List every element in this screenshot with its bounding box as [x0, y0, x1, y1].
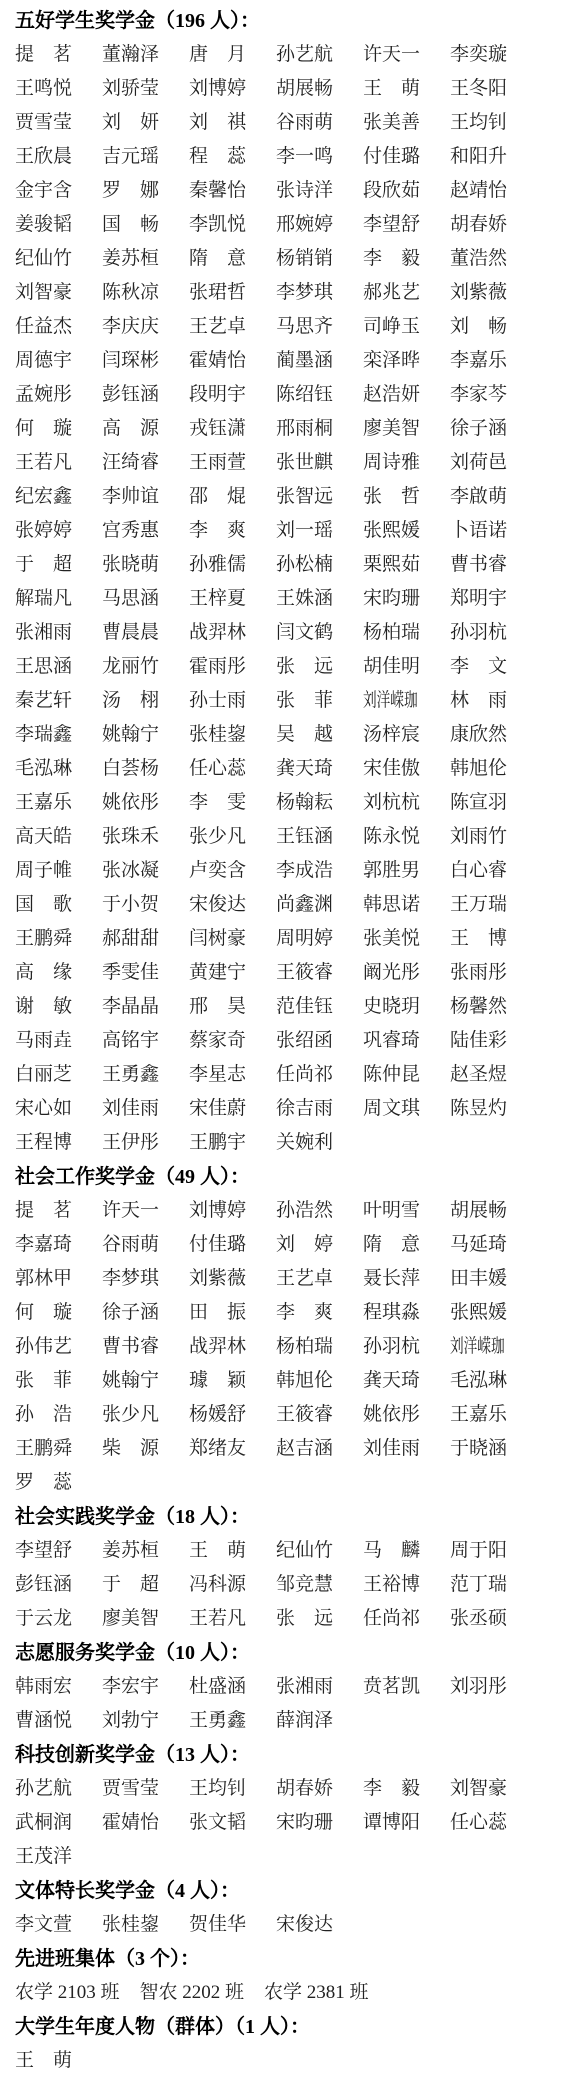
- recipient-name: 国歌: [15, 888, 72, 922]
- recipient-name: 刘妍: [102, 106, 159, 140]
- recipient-name: 张哲: [363, 480, 420, 514]
- recipient-name: 贾雪莹: [102, 1772, 159, 1806]
- section-title: 社会工作奖学金（49 人）：: [15, 1160, 562, 1194]
- recipient-name: 唐月: [189, 38, 246, 72]
- recipient-name: 孙松楠: [276, 548, 333, 582]
- recipient-name: 刘雨竹: [450, 820, 507, 854]
- recipient-name: 张湘雨: [15, 616, 72, 650]
- recipient-name: 王萌: [189, 1534, 246, 1568]
- recipient-name: 李家芩: [450, 378, 507, 412]
- recipient-name: 陈永悦: [363, 820, 420, 854]
- section: 志愿服务奖学金（10 人）：韩雨宏李宏宇杜盛涵张湘雨贲茗凯刘羽彤曹涵悦刘勃宁王勇…: [15, 1636, 562, 1738]
- recipient-name: 廖美智: [363, 412, 420, 446]
- recipient-name: 刘一瑶: [276, 514, 333, 548]
- recipient-name: 张珺哲: [189, 276, 246, 310]
- recipient-name: 曹涵悦: [15, 1704, 72, 1738]
- recipient-name: 刘洋嵘珈: [450, 1330, 491, 1364]
- section: 科技创新奖学金（13 人）：孙艺航贾雪莹王均钊胡春娇李毅刘智豪武桐润霍婧怡张文韬…: [15, 1738, 562, 1874]
- recipient-name: 纪宏鑫: [15, 480, 72, 514]
- recipient-name: 杨销销: [276, 242, 333, 276]
- recipient-name: 贾雪莹: [15, 106, 72, 140]
- recipient-name: 范丁瑞: [450, 1568, 507, 1602]
- recipient-name: 姚翰宁: [102, 1364, 159, 1398]
- recipient-name: 任益杰: [15, 310, 72, 344]
- recipient-name: 柴源: [102, 1432, 159, 1466]
- recipient-name: 付佳璐: [189, 1228, 246, 1262]
- recipient-name: 张丞硕: [450, 1602, 507, 1636]
- recipient-name: 马麟: [363, 1534, 420, 1568]
- recipient-name: 许天一: [102, 1194, 159, 1228]
- recipient-name: 于云龙: [15, 1602, 72, 1636]
- recipient-name: 龚天琦: [276, 752, 333, 786]
- recipient-name: 李雯: [189, 786, 246, 820]
- recipient-name: 王勇鑫: [102, 1058, 159, 1092]
- recipient-name: 胡展畅: [450, 1194, 507, 1228]
- recipient-name: 白心睿: [450, 854, 507, 888]
- recipient-name: 邢婉婷: [276, 208, 333, 242]
- recipient-name: 彭钰涵: [15, 1568, 72, 1602]
- recipient-name: 张湘雨: [276, 1670, 333, 1704]
- recipient-name: 宋俊达: [189, 888, 246, 922]
- recipient-name: 刘智豪: [450, 1772, 507, 1806]
- recipient-name: 任心蕊: [450, 1806, 507, 1840]
- recipient-name: 郑绪友: [189, 1432, 246, 1466]
- recipient-name: 姚翰宁: [102, 718, 159, 752]
- recipient-name: 徐吉雨: [276, 1092, 333, 1126]
- recipient-name: 任尚祁: [363, 1602, 420, 1636]
- recipient-name: 孙艺航: [276, 38, 333, 72]
- recipient-name: 赵浩妍: [363, 378, 420, 412]
- recipient-name: 韩思诺: [363, 888, 420, 922]
- recipient-name: 闫文鹤: [276, 616, 333, 650]
- recipient-name: 田振: [189, 1296, 246, 1330]
- recipient-name: 曹书睿: [450, 548, 507, 582]
- recipient-name: 纪仙竹: [276, 1534, 333, 1568]
- recipient-name: 郑明宇: [450, 582, 507, 616]
- recipient-name: 王万瑞: [450, 888, 507, 922]
- recipient-name: 王均钊: [189, 1772, 246, 1806]
- name-list: 韩雨宏李宏宇杜盛涵张湘雨贲茗凯刘羽彤曹涵悦刘勃宁王勇鑫薛润泽: [15, 1670, 562, 1738]
- recipient-name: 王博: [450, 922, 507, 956]
- recipient-name: 王茂洋: [15, 1840, 72, 1874]
- recipient-name: 张雨彤: [450, 956, 507, 990]
- recipient-name: 张熙媛: [363, 514, 420, 548]
- recipient-name: 郝甜甜: [102, 922, 159, 956]
- recipient-name: 段欣茹: [363, 174, 420, 208]
- recipient-name: 尚鑫渊: [276, 888, 333, 922]
- recipient-name: 刘杭杭: [363, 786, 420, 820]
- recipient-name: 李嘉乐: [450, 344, 507, 378]
- recipient-name: 叶明雪: [363, 1194, 420, 1228]
- recipient-name: 闫树豪: [189, 922, 246, 956]
- recipient-name: 王程博: [15, 1126, 72, 1160]
- recipient-name: 张智远: [276, 480, 333, 514]
- recipient-name: 李爽: [189, 514, 246, 548]
- recipient-name: 周德宇: [15, 344, 72, 378]
- recipient-name: 林雨: [450, 684, 507, 718]
- recipient-name: 李一鸣: [276, 140, 333, 174]
- recipient-name: 李奕璇: [450, 38, 507, 72]
- recipient-name: 李庆庆: [102, 310, 159, 344]
- recipient-name: 国畅: [102, 208, 159, 242]
- recipient-name: 解瑞凡: [15, 582, 72, 616]
- recipient-name: 刘羽彤: [450, 1670, 507, 1704]
- recipient-name: 王冬阳: [450, 72, 507, 106]
- recipient-name: 卜语诺: [450, 514, 507, 548]
- recipient-name: 季雯佳: [102, 956, 159, 990]
- recipient-name: 于超: [15, 548, 72, 582]
- recipient-name: 李毅: [363, 242, 420, 276]
- recipient-name: 李梦琪: [102, 1262, 159, 1296]
- recipient-name: 周诗雅: [363, 446, 420, 480]
- recipient-name: 张文韬: [189, 1806, 246, 1840]
- recipient-name: 王思涵: [15, 650, 72, 684]
- recipient-name: 杜盛涵: [189, 1670, 246, 1704]
- recipient-name: 李宏宇: [102, 1670, 159, 1704]
- recipient-name: 姜骏韬: [15, 208, 72, 242]
- section-title: 先进班集体（3 个）：: [15, 1942, 562, 1976]
- name-list: 孙艺航贾雪莹王均钊胡春娇李毅刘智豪武桐润霍婧怡张文韬宋昀珊谭博阳任心蕊王茂洋: [15, 1772, 562, 1874]
- recipient-name: 卢奕含: [189, 854, 246, 888]
- recipient-name: 张桂鋆: [102, 1908, 159, 1942]
- recipient-name: 杨媛舒: [189, 1398, 246, 1432]
- recipient-name: 李文萱: [15, 1908, 72, 1942]
- recipient-name: 赵靖怡: [450, 174, 507, 208]
- recipient-name: 杨翰耘: [276, 786, 333, 820]
- recipient-name: 霍婧怡: [102, 1806, 159, 1840]
- recipient-name: 秦艺轩: [15, 684, 72, 718]
- recipient-name: 张美善: [363, 106, 420, 140]
- section-title: 科技创新奖学金（13 人）：: [15, 1738, 562, 1772]
- recipient-name: 程蕊: [189, 140, 246, 174]
- recipient-name: 王萌: [15, 2044, 72, 2078]
- recipient-name: 张少凡: [189, 820, 246, 854]
- recipient-name: 张冰凝: [102, 854, 159, 888]
- recipient-name: 徐子涵: [450, 412, 507, 446]
- recipient-name: 李望舒: [15, 1534, 72, 1568]
- recipient-name: 宋昀珊: [363, 582, 420, 616]
- recipient-name: 刘佳雨: [363, 1432, 420, 1466]
- recipient-name: 王勇鑫: [189, 1704, 246, 1738]
- recipient-name: 高天皓: [15, 820, 72, 854]
- recipient-name: 陈绍钰: [276, 378, 333, 412]
- recipient-name: 姚依彤: [102, 786, 159, 820]
- recipient-name: 高铭宇: [102, 1024, 159, 1058]
- recipient-name: 战羿林: [189, 1330, 246, 1364]
- recipient-name: 李爽: [276, 1296, 333, 1330]
- recipient-name: 汤栩: [102, 684, 159, 718]
- section: 社会工作奖学金（49 人）：提茗许天一刘博婷孙浩然叶明雪胡展畅李嘉琦谷雨萌付佳璐…: [15, 1160, 562, 1500]
- recipient-name: 刘紫薇: [450, 276, 507, 310]
- recipient-name: 聂长萍: [363, 1262, 420, 1296]
- recipient-name: 关婉利: [276, 1126, 333, 1160]
- recipient-name: 曹晨晨: [102, 616, 159, 650]
- recipient-name: 王鹏舜: [15, 1432, 72, 1466]
- recipient-name: 戎钰潇: [189, 412, 246, 446]
- recipient-name: 王艺卓: [276, 1262, 333, 1296]
- recipient-name: 康欣然: [450, 718, 507, 752]
- recipient-name: 王雨萱: [189, 446, 246, 480]
- recipient-name: 任尚祁: [276, 1058, 333, 1092]
- recipient-name: 吉元瑶: [102, 140, 159, 174]
- recipient-name: 高源: [102, 412, 159, 446]
- recipient-name: 杨柏瑞: [363, 616, 420, 650]
- recipient-name: 廖美智: [102, 1602, 159, 1636]
- recipient-name: 王裕博: [363, 1568, 420, 1602]
- recipient-name: 刘祺: [189, 106, 246, 140]
- recipient-name: 张晓萌: [102, 548, 159, 582]
- recipient-name: 张美悦: [363, 922, 420, 956]
- recipient-name: 刘骄莹: [102, 72, 159, 106]
- recipient-name: 李啟萌: [450, 480, 507, 514]
- recipient-name: 霍婧怡: [189, 344, 246, 378]
- recipient-name: 罗娜: [102, 174, 159, 208]
- section: 文体特长奖学金（4 人）：李文萱张桂鋆贺佳华宋俊达: [15, 1874, 562, 1942]
- recipient-name: 孙艺航: [15, 1772, 72, 1806]
- recipient-name: 宫秀惠: [102, 514, 159, 548]
- recipient-name: 张菲: [276, 684, 333, 718]
- recipient-name: 王嘉乐: [15, 786, 72, 820]
- section: 先进班集体（3 个）：农学 2103 班智农 2202 班农学 2381 班: [15, 1942, 562, 2010]
- recipient-name: 胡佳明: [363, 650, 420, 684]
- recipient-name: 刘荷邑: [450, 446, 507, 480]
- recipient-name: 赵吉涵: [276, 1432, 333, 1466]
- recipient-name: 刘勃宁: [102, 1704, 159, 1738]
- recipient-name: 田丰媛: [450, 1262, 507, 1296]
- recipient-name: 曹书睿: [102, 1330, 159, 1364]
- recipient-name: 毛泓琳: [15, 752, 72, 786]
- recipient-name: 王筱睿: [276, 1398, 333, 1432]
- recipient-name: 宋俊达: [276, 1908, 333, 1942]
- recipient-name: 李嘉琦: [15, 1228, 72, 1262]
- class-collective-name: 农学 2381 班: [264, 1976, 369, 2010]
- recipient-name: 汤梓宸: [363, 718, 420, 752]
- recipient-name: 刘畅: [450, 310, 507, 344]
- recipient-name: 闫琛彬: [102, 344, 159, 378]
- section-title: 志愿服务奖学金（10 人）：: [15, 1636, 562, 1670]
- recipient-name: 周于阳: [450, 1534, 507, 1568]
- recipient-name: 王鹏舜: [15, 922, 72, 956]
- recipient-name: 金宇含: [15, 174, 72, 208]
- recipient-name: 李文: [450, 650, 507, 684]
- recipient-name: 陈仲昆: [363, 1058, 420, 1092]
- recipient-name: 龙丽竹: [102, 650, 159, 684]
- recipient-name: 董浩然: [450, 242, 507, 276]
- recipient-name: 张婷婷: [15, 514, 72, 548]
- recipient-name: 李凯悦: [189, 208, 246, 242]
- recipient-name: 贺佳华: [189, 1908, 246, 1942]
- recipient-name: 宋昀珊: [276, 1806, 333, 1840]
- recipient-name: 宋心如: [15, 1092, 72, 1126]
- recipient-name: 李星志: [189, 1058, 246, 1092]
- recipient-name: 宋佳傲: [363, 752, 420, 786]
- recipient-name: 蔡家奇: [189, 1024, 246, 1058]
- recipient-name: 董瀚泽: [102, 38, 159, 72]
- recipient-name: 王欣晨: [15, 140, 72, 174]
- recipient-name: 赵圣煜: [450, 1058, 507, 1092]
- recipient-name: 和阳升: [450, 140, 507, 174]
- recipient-name: 刘紫薇: [189, 1262, 246, 1296]
- recipient-name: 胡展畅: [276, 72, 333, 106]
- recipient-name: 提茗: [15, 1194, 72, 1228]
- recipient-name: 王萌: [363, 72, 420, 106]
- recipient-name: 陈宣羽: [450, 786, 507, 820]
- recipient-name: 罗蕊: [15, 1466, 72, 1500]
- recipient-name: 邵焜: [189, 480, 246, 514]
- recipient-name: 谭博阳: [363, 1806, 420, 1840]
- recipient-name: 王鸣悦: [15, 72, 72, 106]
- recipient-name: 谷雨萌: [102, 1228, 159, 1262]
- recipient-name: 龚天琦: [363, 1364, 420, 1398]
- recipient-name: 李毅: [363, 1772, 420, 1806]
- recipient-name: 汪绮睿: [102, 446, 159, 480]
- recipient-name: 刘博婷: [189, 72, 246, 106]
- recipient-name: 张诗洋: [276, 174, 333, 208]
- recipient-name: 姜苏桓: [102, 242, 159, 276]
- recipient-name: 何璇: [15, 412, 72, 446]
- class-collective-name: 农学 2103 班: [15, 1976, 120, 2010]
- recipient-name: 张熙媛: [450, 1296, 507, 1330]
- section: 社会实践奖学金（18 人）：李望舒姜苏桓王萌纪仙竹马麟周于阳彭钰涵于超冯科源邹竞…: [15, 1500, 562, 1636]
- recipient-name: 王若凡: [189, 1602, 246, 1636]
- recipient-name: 王嘉乐: [450, 1398, 507, 1432]
- name-list: 王萌: [15, 2044, 562, 2078]
- recipient-name: 阚光彤: [363, 956, 420, 990]
- recipient-name: 李晶晶: [102, 990, 159, 1024]
- recipient-name: 陈昱灼: [450, 1092, 507, 1126]
- recipient-name: 孙士雨: [189, 684, 246, 718]
- recipient-name: 韩旭伦: [276, 1364, 333, 1398]
- recipient-name: 王钰涵: [276, 820, 333, 854]
- recipient-name: 武桐润: [15, 1806, 72, 1840]
- recipient-name: 周明婷: [276, 922, 333, 956]
- recipient-name: 吴越: [276, 718, 333, 752]
- recipient-name: 马雨垚: [15, 1024, 72, 1058]
- recipient-name: 战羿林: [189, 616, 246, 650]
- recipient-name: 刘洋嵘珈: [363, 684, 404, 718]
- recipient-name: 孙浩: [15, 1398, 72, 1432]
- recipient-name: 郝兆艺: [363, 276, 420, 310]
- recipient-name: 毛泓琳: [450, 1364, 507, 1398]
- recipient-name: 陈秋凉: [102, 276, 159, 310]
- recipient-name: 马延琦: [450, 1228, 507, 1262]
- recipient-name: 邢雨桐: [276, 412, 333, 446]
- recipient-name: 范佳钰: [276, 990, 333, 1024]
- recipient-name: 张远: [276, 650, 333, 684]
- recipient-name: 于超: [102, 1568, 159, 1602]
- section-title: 文体特长奖学金（4 人）：: [15, 1874, 562, 1908]
- recipient-name: 彭钰涵: [102, 378, 159, 412]
- name-list: 李文萱张桂鋆贺佳华宋俊达: [15, 1908, 562, 1942]
- recipient-name: 张世麒: [276, 446, 333, 480]
- recipient-name: 付佳璐: [363, 140, 420, 174]
- recipient-name: 于晓涵: [450, 1432, 507, 1466]
- recipient-name: 孙羽杭: [450, 616, 507, 650]
- recipient-name: 程琪淼: [363, 1296, 420, 1330]
- recipient-name: 于小贺: [102, 888, 159, 922]
- recipient-name: 贲茗凯: [363, 1670, 420, 1704]
- recipient-name: 何璇: [15, 1296, 72, 1330]
- recipient-name: 王鹏宇: [189, 1126, 246, 1160]
- section-title: 社会实践奖学金（18 人）：: [15, 1500, 562, 1534]
- recipient-name: 秦馨怡: [189, 174, 246, 208]
- recipient-name: 陆佳彩: [450, 1024, 507, 1058]
- recipient-name: 杨柏瑞: [276, 1330, 333, 1364]
- recipient-name: 张绍函: [276, 1024, 333, 1058]
- recipient-name: 郭林甲: [15, 1262, 72, 1296]
- recipient-name: 白荟杨: [102, 752, 159, 786]
- recipient-name: 司峥玉: [363, 310, 420, 344]
- recipient-name: 周子帷: [15, 854, 72, 888]
- recipient-name: 任心蕊: [189, 752, 246, 786]
- name-list: 提茗董瀚泽唐月孙艺航许天一李奕璇王鸣悦刘骄莹刘博婷胡展畅王萌王冬阳贾雪莹刘妍刘祺…: [15, 38, 562, 1160]
- recipient-name: 杨馨然: [450, 990, 507, 1024]
- recipient-name: 璩颖: [189, 1364, 246, 1398]
- recipient-name: 孙伟艺: [15, 1330, 72, 1364]
- recipient-name: 白丽芝: [15, 1058, 72, 1092]
- recipient-name: 邹竞慧: [276, 1568, 333, 1602]
- scholarship-award-document: 五好学生奖学金（196 人）：提茗董瀚泽唐月孙艺航许天一李奕璇王鸣悦刘骄莹刘博婷…: [0, 0, 576, 2088]
- recipient-name: 周文琪: [363, 1092, 420, 1126]
- recipient-name: 栗熙茹: [363, 548, 420, 582]
- recipient-name: 霍雨彤: [189, 650, 246, 684]
- recipient-name: 张菲: [15, 1364, 72, 1398]
- recipient-name: 提茗: [15, 38, 72, 72]
- recipient-name: 马思齐: [276, 310, 333, 344]
- recipient-name: 韩旭伦: [450, 752, 507, 786]
- recipient-name: 胡春娇: [450, 208, 507, 242]
- recipient-name: 孙雅儒: [189, 548, 246, 582]
- recipient-name: 高缘: [15, 956, 72, 990]
- recipient-name: 刘博婷: [189, 1194, 246, 1228]
- recipient-name: 王伊彤: [102, 1126, 159, 1160]
- recipient-name: 段明宇: [189, 378, 246, 412]
- recipient-name: 栾泽晔: [363, 344, 420, 378]
- recipient-name: 孙羽杭: [363, 1330, 420, 1364]
- recipient-name: 王均钊: [450, 106, 507, 140]
- section: 五好学生奖学金（196 人）：提茗董瀚泽唐月孙艺航许天一李奕璇王鸣悦刘骄莹刘博婷…: [15, 4, 562, 1160]
- recipient-name: 邢昊: [189, 990, 246, 1024]
- recipient-name: 王筱睿: [276, 956, 333, 990]
- recipient-name: 张少凡: [102, 1398, 159, 1432]
- recipient-name: 李瑞鑫: [15, 718, 72, 752]
- recipient-name: 胡春娇: [276, 1772, 333, 1806]
- recipient-name: 王梓夏: [189, 582, 246, 616]
- recipient-name: 刘智豪: [15, 276, 72, 310]
- name-list: 农学 2103 班智农 2202 班农学 2381 班: [15, 1976, 562, 2010]
- recipient-name: 隋意: [189, 242, 246, 276]
- recipient-name: 隋意: [363, 1228, 420, 1262]
- recipient-name: 张珠禾: [102, 820, 159, 854]
- recipient-name: 徐子涵: [102, 1296, 159, 1330]
- recipient-name: 李望舒: [363, 208, 420, 242]
- recipient-name: 蔺墨涵: [276, 344, 333, 378]
- recipient-name: 孟婉彤: [15, 378, 72, 412]
- recipient-name: 黄建宁: [189, 956, 246, 990]
- recipient-name: 郭胜男: [363, 854, 420, 888]
- recipient-name: 李帅谊: [102, 480, 159, 514]
- recipient-name: 刘婷: [276, 1228, 333, 1262]
- recipient-name: 韩雨宏: [15, 1670, 72, 1704]
- section-title: 五好学生奖学金（196 人）：: [15, 4, 562, 38]
- recipient-name: 刘佳雨: [102, 1092, 159, 1126]
- recipient-name: 王艺卓: [189, 310, 246, 344]
- recipient-name: 纪仙竹: [15, 242, 72, 276]
- name-list: 李望舒姜苏桓王萌纪仙竹马麟周于阳彭钰涵于超冯科源邹竞慧王裕博范丁瑞于云龙廖美智王…: [15, 1534, 562, 1636]
- recipient-name: 谢敏: [15, 990, 72, 1024]
- recipient-name: 史晓玥: [363, 990, 420, 1024]
- recipient-name: 宋佳蔚: [189, 1092, 246, 1126]
